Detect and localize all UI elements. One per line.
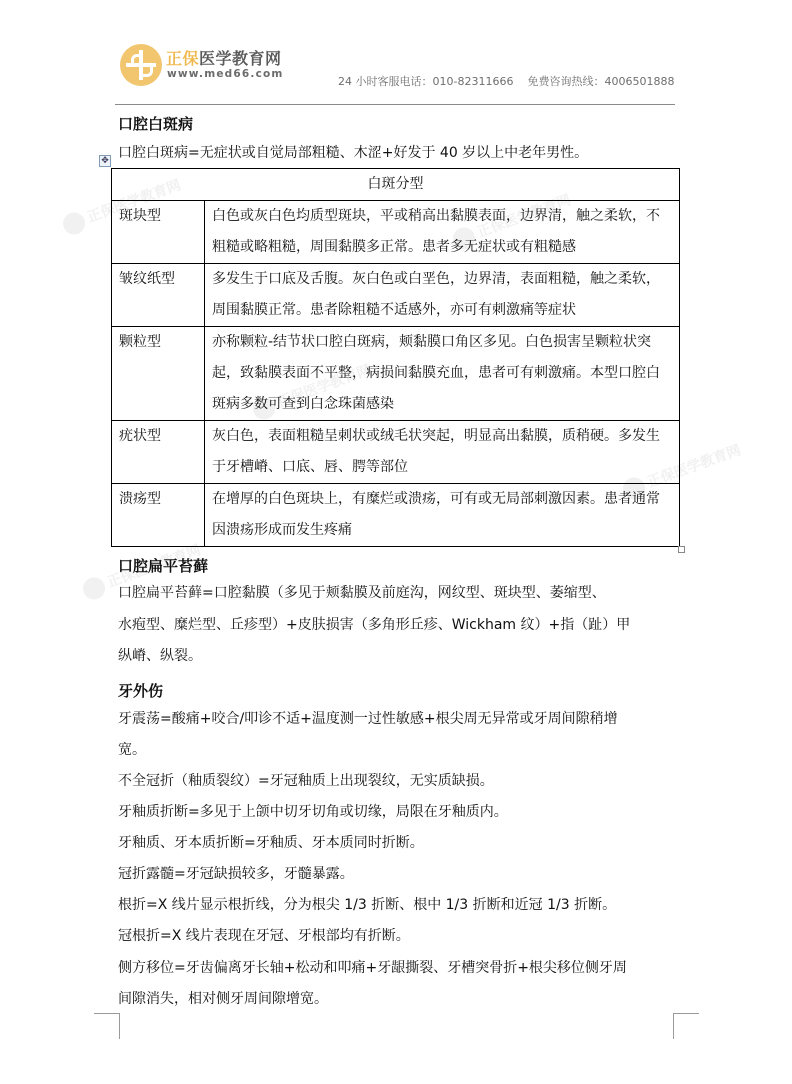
description-cell: 亦称颗粒-结节状口腔白斑病，颊黏膜口角区多见。白色损害呈颗粒状突起，致黏膜表面不… — [205, 327, 680, 421]
description-cell: 白色或灰白色均质型斑块，平或稍高出黏膜表面，边界清，触之柔软，不粗糙或略粗糙，周… — [205, 201, 680, 264]
header-divider — [115, 104, 675, 105]
table-header: 白斑分型 — [112, 169, 680, 201]
section-title-leukoplakia: 口腔白斑病 — [118, 113, 193, 134]
service-phone: 010-82311666 — [433, 75, 514, 88]
type-cell: 疣状型 — [112, 421, 205, 484]
crop-mark-left — [119, 1013, 120, 1039]
site-logo: 正保医学教育网 www.med66.com — [120, 42, 290, 88]
logo-title: 医学教育网 — [199, 49, 282, 68]
paragraph-line: 牙震荡=酸痛+咬合/叩诊不适+温度测一过性敏感+根尖周无异常或牙周间隙稍增 — [118, 704, 618, 735]
leukoplakia-definition: 口腔白斑病=无症状或自觉局部粗糙、木涩+好发于 40 岁以上中老年男性。 — [118, 138, 588, 169]
description-cell: 在增厚的白色斑块上，有糜烂或溃疡，可有或无局部刺激因素。患者通常因溃疡形成而发生… — [205, 484, 680, 547]
type-cell: 溃疡型 — [112, 484, 205, 547]
paragraph-line: 不全冠折（釉质裂纹）=牙冠釉质上出现裂纹，无实质缺损。 — [118, 766, 494, 797]
paragraph-line: 纵嵴、纵裂。 — [118, 641, 202, 672]
table-header-row: 白斑分型 — [112, 169, 680, 201]
table-resize-handle[interactable] — [678, 546, 685, 553]
leukoplakia-types-table: 白斑分型 斑块型 白色或灰白色均质型斑块，平或稍高出黏膜表面，边界清，触之柔软，… — [111, 168, 680, 547]
logo-name: 正保医学教育网 — [166, 46, 282, 69]
table-move-handle-icon[interactable]: ✥ — [99, 155, 111, 167]
table-row: 疣状型 灰白色，表面粗糙呈刺状或绒毛状突起，明显高出黏膜，质稍硬。多发生于牙槽嵴… — [112, 421, 680, 484]
paragraph-line: 根折=X 线片显示根折线，分为根尖 1/3 折断、根中 1/3 折断和近冠 1/… — [118, 890, 616, 921]
description-cell: 多发生于口底及舌腹。灰白色或白垩色，边界清，表面粗糙，触之柔软，周围黏膜正常。患… — [205, 264, 680, 327]
paragraph-line: 口腔扁平苔藓=口腔黏膜（多见于颊黏膜及前庭沟，网纹型、斑块型、萎缩型、 — [118, 578, 606, 609]
paragraph-line: 宽。 — [118, 735, 146, 766]
hotline-label: 免费咨询热线： — [527, 75, 604, 88]
type-cell: 斑块型 — [112, 201, 205, 264]
section-title-lichen-planus: 口腔扁平苔藓 — [118, 555, 208, 576]
paragraph-line: 间隙消失，相对侧牙周间隙增宽。 — [118, 984, 328, 1015]
paragraph-line: 牙釉质折断=多见于上颌中切牙切角或切缘，局限在牙釉质内。 — [118, 797, 508, 828]
logo-url: www.med66.com — [167, 68, 284, 80]
paragraph-line: 水疱型、糜烂型、丘疹型）+皮肤损害（多角形丘疹、Wickham 纹）+指（趾）甲 — [118, 610, 630, 641]
table-row: 斑块型 白色或灰白色均质型斑块，平或稍高出黏膜表面，边界清，触之柔软，不粗糙或略… — [112, 201, 680, 264]
type-cell: 皱纹纸型 — [112, 264, 205, 327]
crop-mark-left — [94, 1013, 120, 1014]
contact-info: 24 小时客服电话：010-82311666免费咨询热线：4006501888 — [338, 73, 674, 89]
logo-brand: 正保 — [166, 49, 199, 68]
paragraph-line: 侧方移位=牙齿偏离牙长轴+松动和叩痛+牙龈撕裂、牙槽突骨折+根尖移位侧牙周 — [118, 953, 627, 984]
description-cell: 灰白色，表面粗糙呈刺状或绒毛状突起，明显高出黏膜，质稍硬。多发生于牙槽嵴、口底、… — [205, 421, 680, 484]
paragraph-line: 牙釉质、牙本质折断=牙釉质、牙本质同时折断。 — [118, 828, 424, 859]
table-row: 颗粒型 亦称颗粒-结节状口腔白斑病，颊黏膜口角区多见。白色损害呈颗粒状突起，致黏… — [112, 327, 680, 421]
paragraph-line: 冠根折=X 线片表现在牙冠、牙根部均有折断。 — [118, 921, 410, 952]
crop-mark-right — [673, 1013, 699, 1014]
crop-mark-right — [673, 1013, 674, 1039]
service-label: 24 小时客服电话： — [338, 75, 433, 88]
section-title-dental-trauma: 牙外伤 — [118, 680, 163, 701]
type-cell: 颗粒型 — [112, 327, 205, 421]
logo-emblem-icon — [120, 44, 162, 86]
hotline-phone: 4006501888 — [604, 75, 674, 88]
document-page: 正保医学教育网 正保医学教育网 正保医学教育网 正保医学教育网 正保医学教育网 … — [0, 0, 792, 1084]
table-row: 溃疡型 在增厚的白色斑块上，有糜烂或溃疡，可有或无局部刺激因素。患者通常因溃疡形… — [112, 484, 680, 547]
table-row: 皱纹纸型 多发生于口底及舌腹。灰白色或白垩色，边界清，表面粗糙，触之柔软，周围黏… — [112, 264, 680, 327]
paragraph-line: 冠折露髓=牙冠缺损较多，牙髓暴露。 — [118, 859, 354, 890]
